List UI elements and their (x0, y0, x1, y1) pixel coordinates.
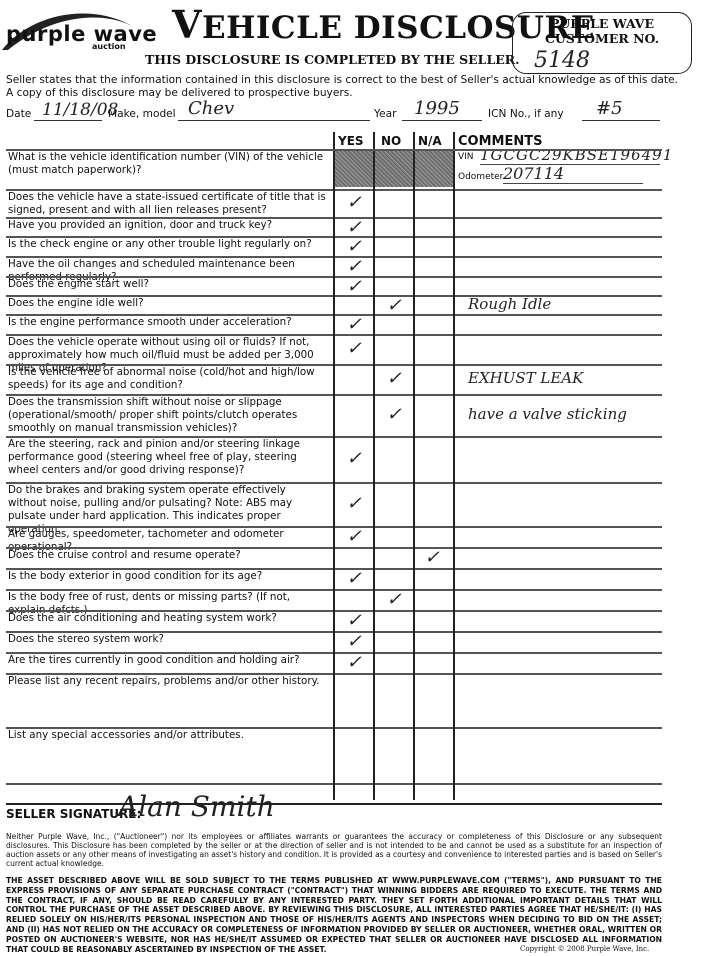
comment-text[interactable]: Rough Idle (468, 295, 551, 313)
table-column-divider (453, 132, 455, 800)
title-initial: V (172, 2, 202, 47)
terms-text: THE ASSET DESCRIBED ABOVE WILL BE SOLD S… (6, 876, 662, 954)
checkmark-yes-icon[interactable]: ✓ (345, 338, 366, 359)
seller-signature-value[interactable]: Alan Smith (118, 790, 275, 823)
icn-label: ICN No., if any (488, 108, 564, 120)
checkmark-yes-icon[interactable]: ✓ (345, 493, 366, 514)
table-column-divider (333, 132, 335, 800)
icn-value: #5 (596, 98, 623, 119)
date-label: Date (6, 108, 31, 120)
header-no: NO (381, 134, 401, 148)
question-text: Does the stereo system work? (8, 633, 326, 646)
logo-text: purple wave (6, 22, 157, 46)
make-model-value: Chev (188, 98, 234, 119)
page-subtitle: THIS DISCLOSURE IS COMPLETED BY THE SELL… (145, 52, 520, 67)
checkmark-yes-icon[interactable]: ✓ (345, 610, 366, 631)
date-value: 11/18/08 (42, 100, 118, 120)
copyright-text: Copyright © 2008 Purple Wave, Inc. (520, 945, 649, 953)
question-text: Is the engine performance smooth under a… (8, 316, 326, 329)
question-text: Please list any recent repairs, problems… (8, 675, 326, 688)
vin-label: VIN (458, 152, 474, 162)
table-column-divider (413, 132, 415, 800)
question-text: Does the vehicle have a state-issued cer… (8, 191, 326, 217)
question-text: Are the steering, rack and pinion and/or… (8, 438, 326, 477)
checkmark-no-icon[interactable]: ✓ (385, 404, 406, 425)
vin-shaded-cell-na (415, 149, 453, 187)
customer-box-label-2: CUSTOMER NO. (513, 31, 691, 46)
date-field[interactable]: 11/18/08 (34, 106, 102, 121)
question-text: Is the body exterior in good condition f… (8, 570, 326, 583)
logo-subtext: auction (92, 42, 126, 51)
question-text: Does the engine idle well? (8, 297, 326, 310)
checkmark-yes-icon[interactable]: ✓ (345, 217, 366, 238)
table-row-divider (6, 149, 662, 151)
question-text: What is the vehicle identification numbe… (8, 151, 326, 177)
checkmark-yes-icon[interactable]: ✓ (345, 526, 366, 547)
question-text: List any special accessories and/or attr… (8, 729, 326, 742)
make-model-field[interactable]: Chev (178, 106, 370, 121)
comment-text[interactable]: EXHUST LEAK (468, 369, 583, 387)
icn-field[interactable]: #5 (582, 106, 660, 121)
checkmark-yes-icon[interactable]: ✓ (345, 276, 366, 297)
seller-statement: Seller states that the information conta… (6, 74, 704, 100)
checkmark-yes-icon[interactable]: ✓ (345, 631, 366, 652)
odometer-value[interactable]: 207114 (503, 164, 643, 184)
question-text: Is the vehicle free of abnormal noise (c… (8, 366, 326, 392)
question-text: Have you provided an ignition, door and … (8, 219, 326, 232)
checkmark-no-icon[interactable]: ✓ (385, 295, 406, 316)
question-text: Does the air conditioning and heating sy… (8, 612, 326, 625)
checkmark-yes-icon[interactable]: ✓ (345, 314, 366, 335)
checkmark-na-icon[interactable]: ✓ (423, 547, 444, 568)
year-field[interactable]: 1995 (402, 106, 482, 121)
odometer-label: Odometer (458, 172, 503, 182)
checkmark-yes-icon[interactable]: ✓ (345, 652, 366, 673)
signature-divider (6, 803, 662, 805)
checkmark-yes-icon[interactable]: ✓ (345, 448, 366, 469)
year-label: Year (374, 108, 396, 120)
checkmark-yes-icon[interactable]: ✓ (345, 568, 366, 589)
customer-box-label-1: PURPLE WAVE (513, 16, 691, 31)
checkmark-yes-icon[interactable]: ✓ (345, 236, 366, 257)
statement-line-1: Seller states that the information conta… (6, 74, 704, 87)
checkmark-yes-icon[interactable]: ✓ (345, 192, 366, 213)
question-text: Does the engine start well? (8, 278, 326, 291)
header-yes: YES (338, 134, 364, 148)
customer-number-value[interactable]: 5148 (534, 48, 590, 73)
question-text: Are the tires currently in good conditio… (8, 654, 326, 667)
question-text: Is the check engine or any other trouble… (8, 238, 326, 251)
checkmark-no-icon[interactable]: ✓ (385, 368, 406, 389)
header-na: N/A (418, 134, 442, 148)
disclaimer-text: Neither Purple Wave, Inc., ("Auctioneer"… (6, 832, 662, 868)
table-column-divider (373, 132, 375, 800)
question-text: Does the cruise control and resume opera… (8, 549, 326, 562)
checkmark-no-icon[interactable]: ✓ (385, 589, 406, 610)
disclosure-table: YES NO N/A COMMENTS VIN 1GCGC29KBSE19649… (6, 132, 662, 800)
question-text: Does the transmission shift without nois… (8, 396, 326, 435)
comment-text[interactable]: have a valve sticking (468, 405, 627, 423)
year-value: 1995 (414, 98, 460, 119)
make-model-label: Make, model (108, 108, 176, 120)
checkmark-yes-icon[interactable]: ✓ (345, 256, 366, 277)
